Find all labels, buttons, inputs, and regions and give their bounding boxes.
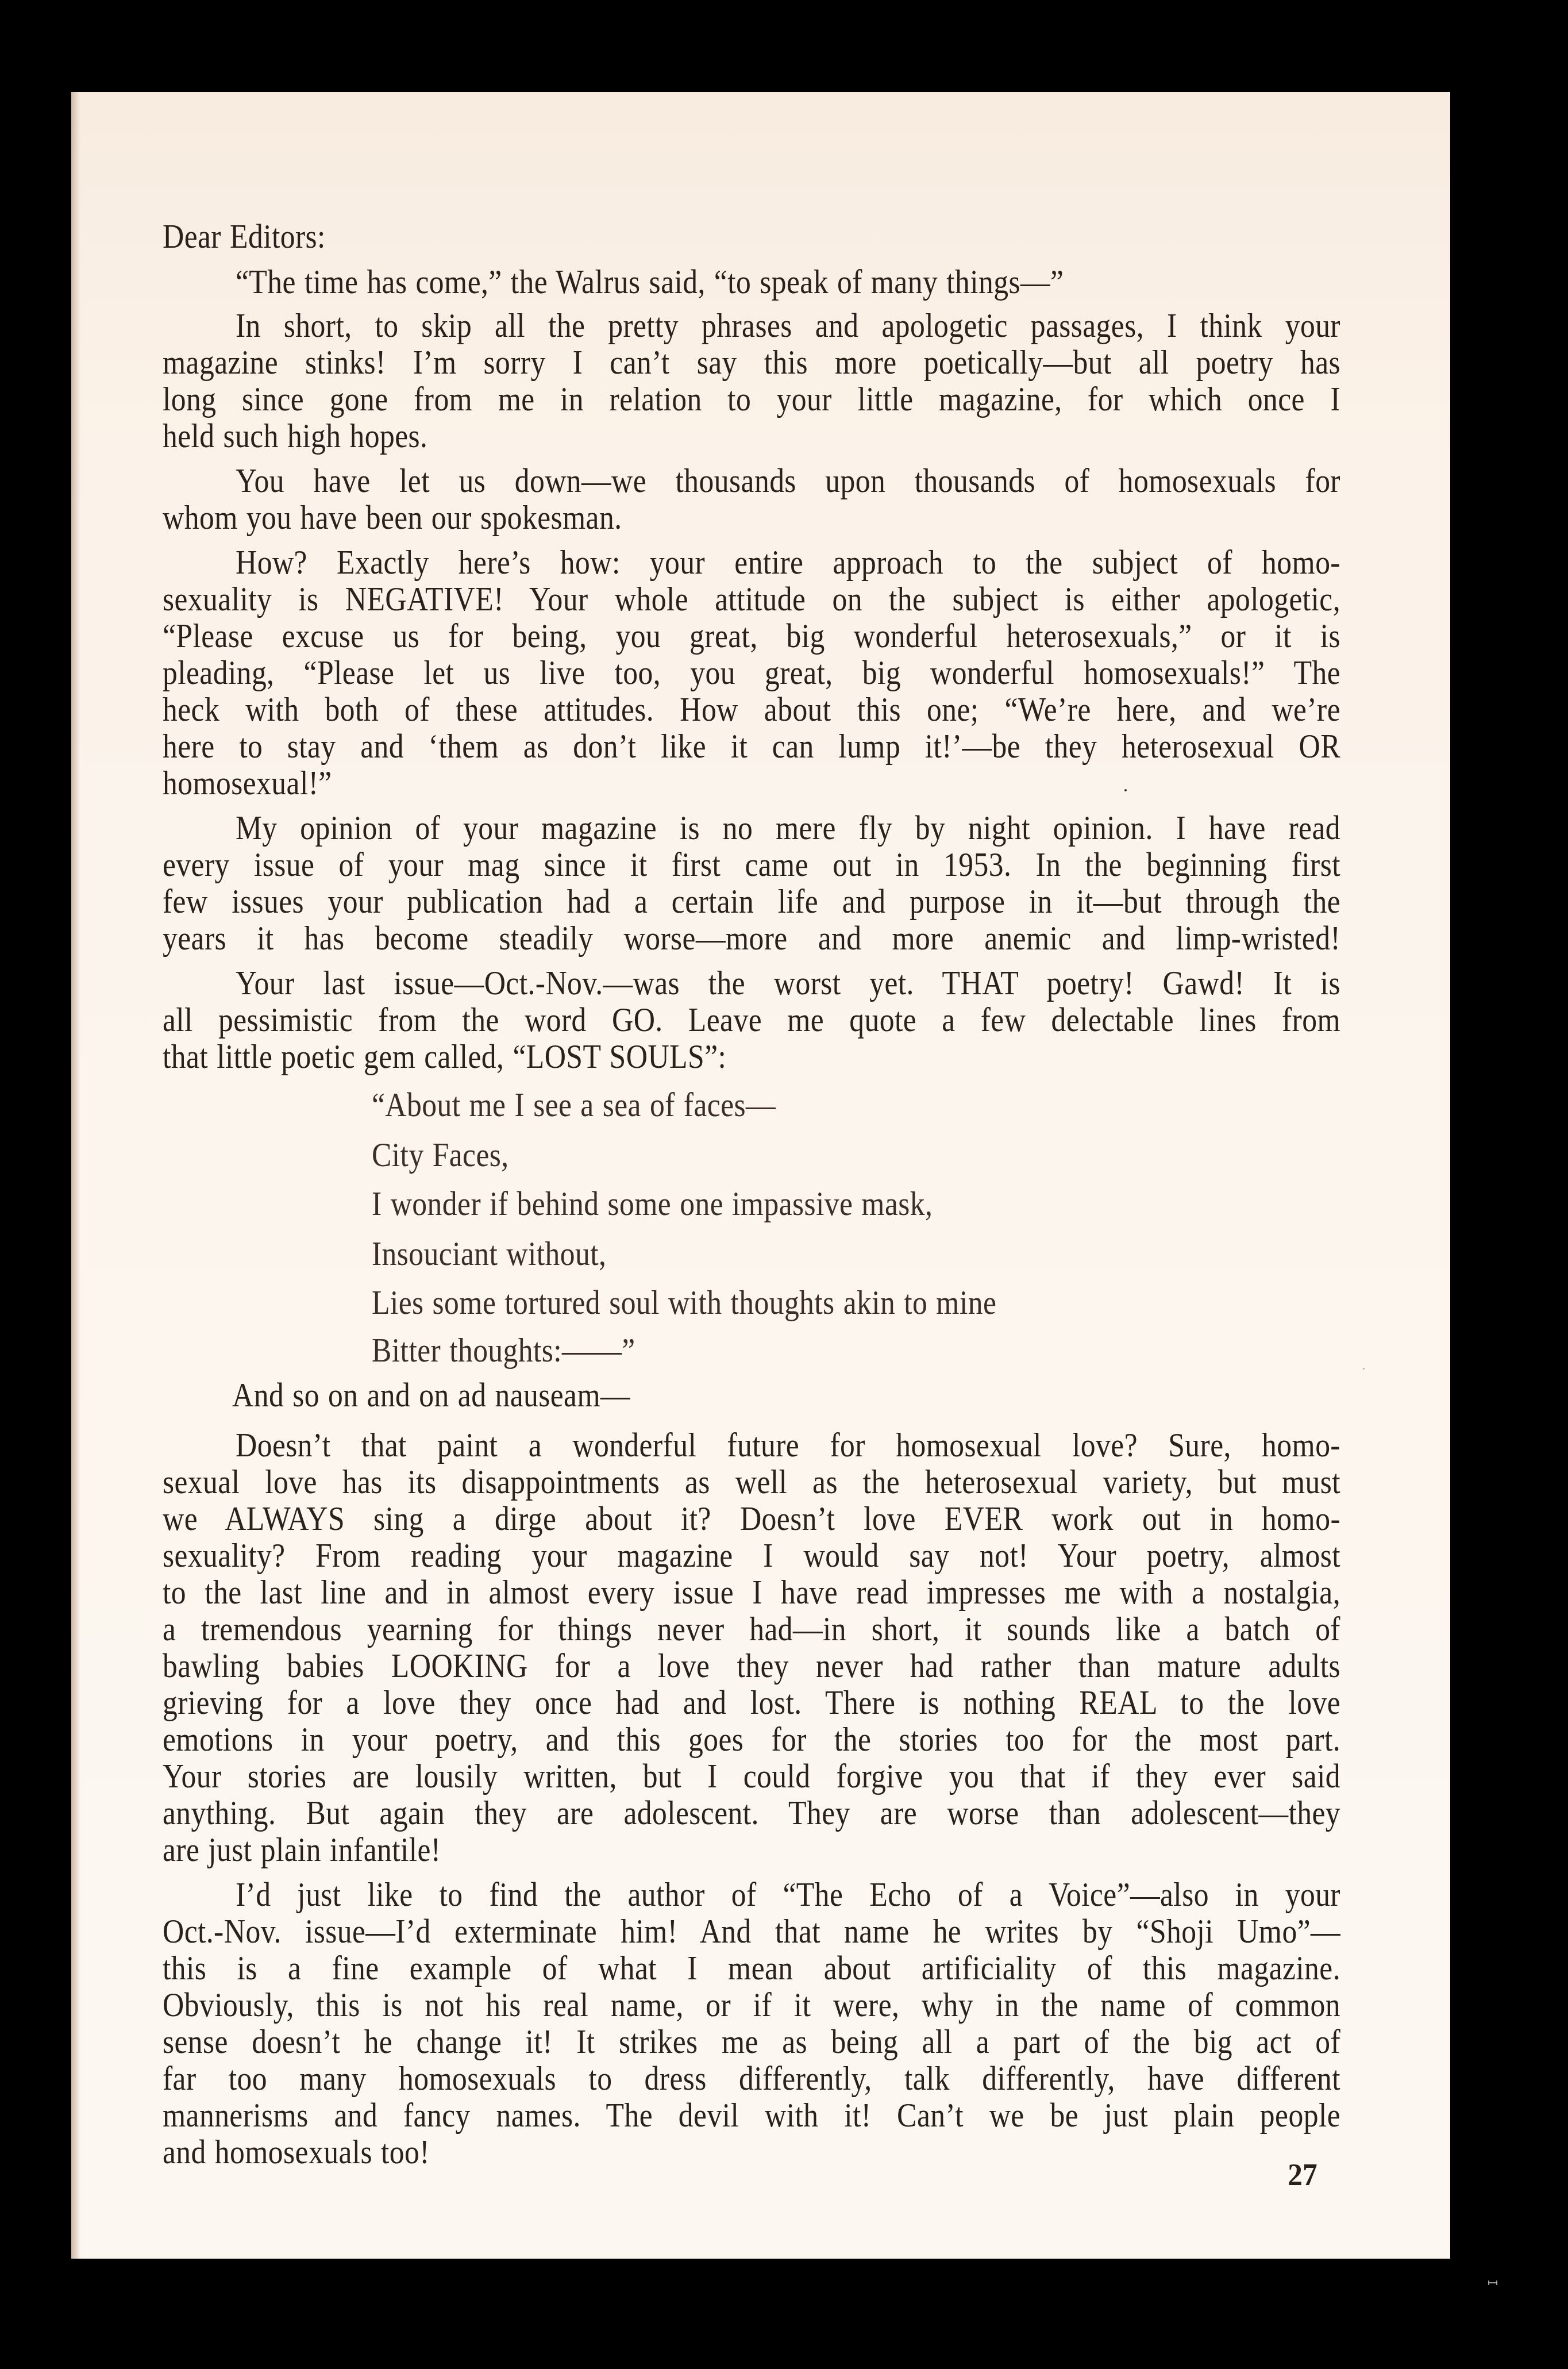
letter-line: held such high hopes. — [163, 418, 427, 453]
letter-line: sexual love has its disappointments as w… — [163, 1464, 1340, 1499]
letter-line: far too many homosexuals to dress differ… — [163, 2061, 1340, 2095]
letter-line: a tremendous yearning for things never h… — [163, 1612, 1340, 1646]
letter-line: are just plain infantile! — [163, 1832, 441, 1867]
letter-line: we ALWAYS sing a dirge about it? Doesn’t… — [163, 1501, 1340, 1536]
letter-line: You have let us down—we thousands upon t… — [236, 463, 1340, 498]
letter-line: In short, to skip all the pretty phrases… — [236, 308, 1340, 343]
letter-line: sexuality is NEGATIVE! Your whole attitu… — [163, 582, 1340, 616]
letter-line: Your last issue—Oct.-Nov.—was the worst … — [236, 966, 1340, 1000]
letter-line: heck with both of these attitudes. How a… — [163, 692, 1340, 726]
page-number: 27 — [1288, 2159, 1317, 2190]
poem-line: I wonder if behind some one impassive ma… — [372, 1186, 933, 1221]
letter-line: sense doesn’t he change it! It strikes m… — [163, 2024, 1340, 2059]
letter-line: My opinion of your magazine is no mere f… — [236, 810, 1340, 845]
letter-line: bawling babies LOOKING for a love they n… — [163, 1648, 1340, 1683]
letter-line: Obviously, this is not his real name, or… — [163, 1987, 1340, 2022]
letter-line: whom you have been our spokesman. — [163, 500, 622, 534]
letter-line: pleading, “Please let us live too, you g… — [163, 655, 1340, 690]
poem-line: Lies some tortured soul with thoughts ak… — [372, 1285, 996, 1320]
after-poem-line: And so on and on ad nauseam— — [232, 1378, 630, 1412]
letter-line: magazine stinks! I’m sorry I can’t say t… — [163, 345, 1340, 379]
letter-line: few issues your publication had a certai… — [163, 884, 1340, 918]
letter-line: “Please excuse us for being, you great, … — [163, 618, 1340, 653]
poem-line: Bitter thoughts:——” — [372, 1333, 635, 1367]
poem-line: City Faces, — [372, 1137, 509, 1172]
poem-line: Insouciant without, — [372, 1236, 606, 1271]
letter-line: Your stories are lousily written, but I … — [163, 1759, 1340, 1793]
ink-speck — [1363, 1368, 1365, 1370]
letter-line: How? Exactly here’s how: your entire app… — [236, 545, 1340, 579]
letter-line: Oct.-Nov. issue—I’d exterminate him! And… — [163, 1914, 1340, 1948]
letter-line: sexuality? From reading your magazine I … — [163, 1538, 1340, 1572]
letter-line: mannerisms and fancy names. The devil wi… — [163, 2098, 1340, 2132]
page-binding-edge — [71, 92, 80, 2259]
letter-line: that little poetic gem called, “LOST SOU… — [163, 1039, 726, 1074]
letter-line: I’d just like to find the author of “The… — [236, 1877, 1340, 1912]
letter-line: and homosexuals too! — [163, 2135, 430, 2169]
letter-line: Doesn’t that paint a wonderful future fo… — [236, 1428, 1340, 1462]
letter-line: this is a fine example of what I mean ab… — [163, 1951, 1340, 1985]
letter-line: emotions in your poetry, and this goes f… — [163, 1722, 1340, 1756]
letter-line: “The time has come,” the Walrus said, “t… — [236, 264, 1064, 299]
letter-line: here to stay and ‘them as don’t like it … — [163, 729, 1340, 763]
letter-line: homosexual!” — [163, 766, 332, 800]
poem-line: “About me I see a sea of faces— — [372, 1087, 776, 1122]
scan-marker-icon — [1488, 2280, 1497, 2285]
letter-line: long since gone from me in relation to y… — [163, 382, 1340, 416]
salutation: Dear Editors: — [163, 219, 326, 253]
letter-line: every issue of your mag since it first c… — [163, 847, 1340, 882]
letter-line: all pessimistic from the word GO. Leave … — [163, 1002, 1340, 1037]
letter-line: grieving for a love they once had and lo… — [163, 1685, 1340, 1720]
ink-speck — [1124, 789, 1127, 791]
letter-line: anything. But again they are adolescent.… — [163, 1795, 1340, 1830]
letter-line: to the last line and in almost every iss… — [163, 1575, 1340, 1609]
letter-line: years it has become steadily worse—more … — [163, 921, 1340, 955]
